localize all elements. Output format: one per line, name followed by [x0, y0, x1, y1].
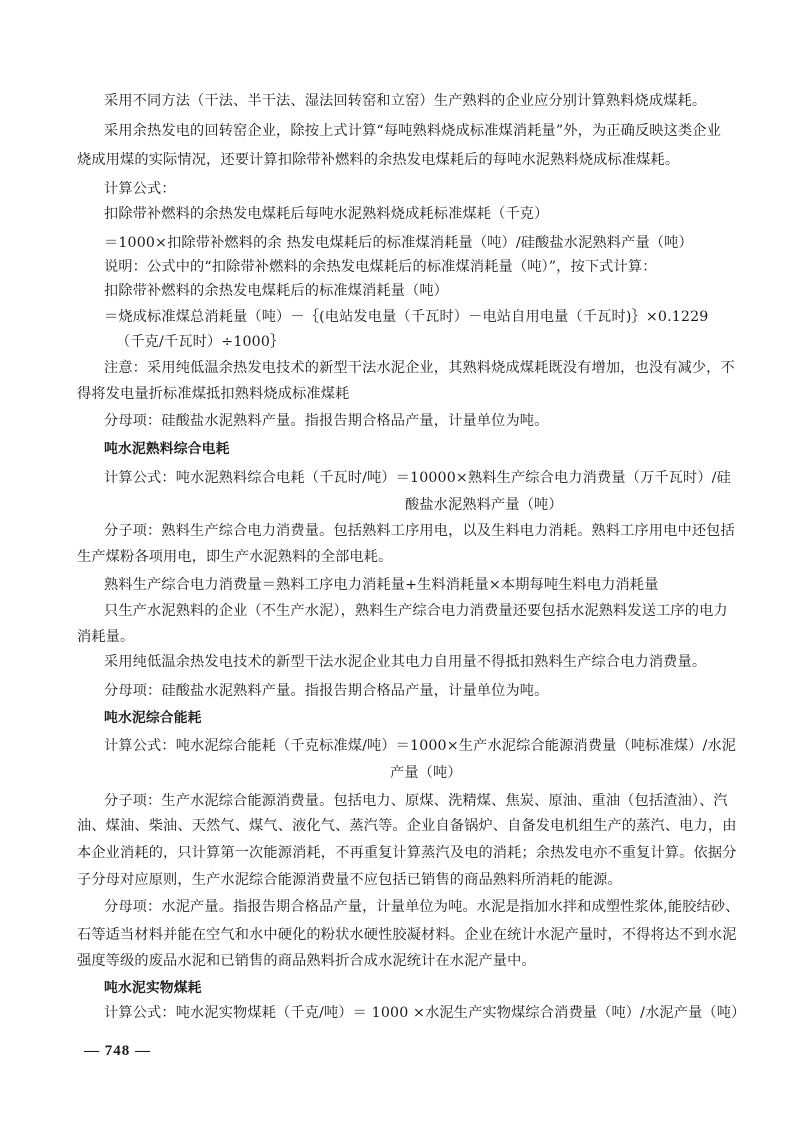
text-line: 计算公式：吨水泥综合能耗（千克标准煤/吨）＝1000×生产水泥综合能源消费量（吨…	[104, 736, 736, 756]
text-line: 分子项：生产水泥综合能源消费量。包括电力、原煤、洗精煤、焦炭、原油、重油（包括渣…	[104, 791, 728, 811]
text-line: 采用纯低温余热发电技术的新型干法水泥企业其电力自用量不得抵扣熟料生产综合电力消费…	[104, 652, 706, 672]
document-page: 采用不同方法（干法、半干法、湿法回转窑和立窑）生产熟料的企业应分别计算熟料烧成煤…	[0, 0, 793, 1122]
text-line: 分子项：熟料生产综合电力消费量。包括熟料工序用电，以及生料电力消耗。熟料工序用电…	[104, 521, 735, 541]
text-line: 强度等级的废品水泥和已销售的商品熟料折合成水泥统计在水泥产量中。	[77, 951, 536, 971]
text-line: 采用不同方法（干法、半干法、湿法回转窑和立窑）生产熟料的企业应分别计算熟料烧成煤…	[104, 91, 706, 111]
text-line: 本企业消耗的，只计算第一次能源消耗，不再重复计算蒸汽及电的消耗；余热发电亦不重复…	[77, 843, 737, 863]
text-line: 酸盐水泥熟料产量（吨）	[405, 495, 563, 515]
text-line: （千克/千瓦时）÷1000｝	[116, 332, 284, 352]
text-line: ＝1000×扣除带补燃料的余 热发电煤耗后的标准煤消耗量（吨）/硅酸盐水泥熟料产…	[104, 233, 693, 253]
text-line: 子分母对应原则，生产水泥综合能源消费量不应包括已销售的商品熟料所消耗的能源。	[77, 870, 622, 890]
text-line: 生产煤粉各项用电，即生产水泥熟料的全部电耗。	[77, 547, 392, 567]
section-heading: 吨水泥实物煤耗	[104, 978, 202, 998]
text-line: 油、煤油、柴油、天然气、煤气、液化气、蒸汽等。企业自备锅炉、自备发电机组生产的蒸…	[77, 816, 737, 836]
text-line: 烧成用煤的实际情况，还要计算扣除带补燃料的余热发电煤耗后的每吨水泥熟料烧成标准煤…	[77, 150, 679, 170]
text-line: 消耗量。	[77, 627, 134, 647]
text-line: 采用余热发电的回转窑企业，除按上式计算“每吨熟料烧成标准煤消耗量”外，为正确反映…	[104, 121, 721, 141]
text-line: 计算公式：吨水泥实物煤耗（千克/吨）＝ 1000 ×水泥生产实物煤综合消费量（吨…	[104, 1003, 745, 1023]
text-line: 注意：采用纯低温余热发电技术的新型干法水泥企业，其熟料烧成煤耗既没有增加，也没有…	[104, 358, 735, 378]
text-line: 分母项：水泥产量。指报告期合格品产量，计量单位为吨。水泥是指加水拌和成塑性浆体,…	[104, 897, 740, 917]
text-line: 扣除带补燃料的余热发电煤耗后每吨水泥熟料烧成耗标准煤耗（千克）	[104, 204, 548, 224]
text-line: ＝烧成标准煤总消耗量（吨）－｛(电站发电量（千瓦时）－电站自用电量（千瓦时)｝×…	[104, 307, 708, 327]
text-line: 扣除带补燃料的余热发电煤耗后的标准煤消耗量（吨）	[104, 281, 448, 301]
text-line: 产量（吨）	[390, 763, 462, 783]
section-heading: 吨水泥熟料综合电耗	[104, 439, 230, 459]
text-line: 熟料生产综合电力消费量＝熟料工序电力消耗量+生料消耗量×本期每吨生料电力消耗量	[104, 575, 659, 595]
text-line: 只生产水泥熟料的企业（不生产水泥），熟料生产综合电力消费量还要包括水泥熟料发送工…	[104, 601, 728, 621]
page-number: — 748 —	[84, 1043, 151, 1060]
text-line: 分母项：硅酸盐水泥熟料产量。指报告期合格品产量，计量单位为吨。	[104, 681, 548, 701]
text-line: 计算公式：	[104, 179, 176, 199]
text-line: 石等适当材料并能在空气和水中硬化的粉状水硬性胶凝材料。企业在统计水泥产量时，不得…	[77, 925, 737, 945]
text-line: 得将发电量折标准煤抵扣熟料烧成标准煤耗	[77, 384, 349, 404]
section-heading: 吨水泥综合能耗	[104, 708, 202, 728]
text-line: 分母项：硅酸盐水泥熟料产量。指报告期合格品产量，计量单位为吨。	[104, 411, 548, 431]
text-line: 说明：公式中的“扣除带补燃料的余热发电煤耗后的标准煤消耗量（吨）”，按下式计算：	[104, 257, 657, 277]
text-line: 计算公式：吨水泥熟料综合电耗（千瓦时/吨）＝10000×熟料生产综合电力消费量（…	[104, 468, 731, 488]
